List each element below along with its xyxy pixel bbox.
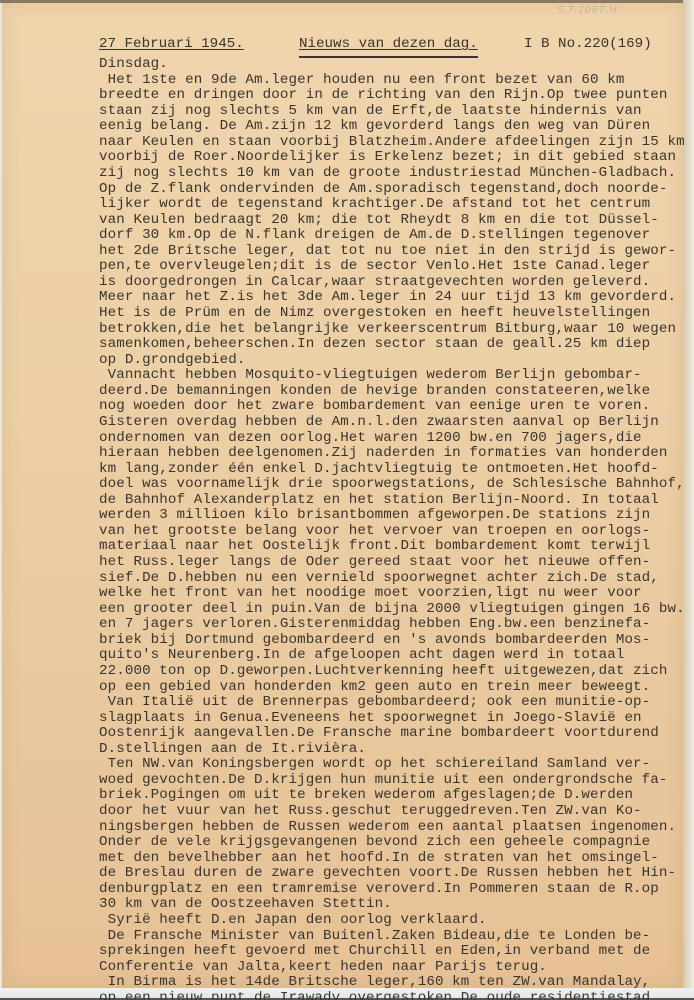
text-line: op D.grondgebied. [99,353,679,369]
text-line: Oostenrijk aangevallen.De Fransche marin… [99,726,679,742]
text-line: nog woeden door het zware bombardement v… [99,399,679,415]
text-line: dorf 30 km.Op de N.flank dreigen de Am.d… [99,228,679,244]
text-line: van Keulen bedraagt 20 km; die tot Rheyd… [99,213,679,229]
text-line: 22.000 ton op D.geworpen.Luchtverkenning… [99,664,679,680]
text-line: Meer naar het Z.is het 3de Am.leger in 2… [99,290,679,306]
text-line: het 2de Britsche leger, dat tot nu toe n… [99,244,679,260]
text-line: briek.Pogingen om uit te breken wederom … [99,788,679,804]
archive-stamp: S.7.1067.H [557,5,617,16]
day-line: Dinsdag. [99,57,679,73]
text-line: het Russ.leger langs de Oder gereed staa… [99,555,679,571]
header-reference: I B No.220(169) [524,36,652,52]
text-line: door het vuur van het Russ.geschut terug… [99,804,679,820]
header-title: Nieuws van dezen dag. [299,36,478,52]
text-line: staan zij nog slechts 5 km van de Erft,d… [99,104,679,120]
text-line: de Bahnhof Alexanderplatz en het station… [99,493,679,509]
text-line: D.stellingen aan de It.rivièra. [99,742,679,758]
text-line: Gisteren overdag hebben de Am.n.l.den zw… [99,415,679,431]
text-line: denburgplatz en een tramremise veroverd.… [99,882,679,898]
text-line: Vannacht hebben Mosquito-vliegtuigen wed… [99,368,679,384]
text-line: doel was voornamelijk drie spoorwegstati… [99,477,679,493]
text-line: deerd.De bemanningen konden de hevige br… [99,384,679,400]
text-line: hieraan hebben deelgenomen.Zij naderden … [99,446,679,462]
text-line: pen,te overvleugelen;dit is de sector Ve… [99,259,679,275]
text-line: eenig belang. De Am.zijn 12 km gevorderd… [99,119,679,135]
text-line: Ten NW.van Koningsbergen wordt op het sc… [99,757,679,773]
header-date: 27 Februari 1945. [99,36,244,52]
text-line: slagplaats in Genua.Eveneens het spoorwe… [99,711,679,727]
text-line: In Birma is het 14de Britsche leger,160 … [99,975,679,991]
text-line: briek bij Dortmund gebombardeerd en 's a… [99,633,679,649]
text-line: Syrië heeft D.en Japan den oorlog verkla… [99,913,679,929]
text-line: op een gebied van honderden km2 geen aut… [99,680,679,696]
text-line: samenkomen,beheerschen.In dezen sector s… [99,337,679,353]
text-line: 30 km van de Oostzeehaven Stettin. [99,897,679,913]
text-line: met den bevelhebber aan het hoofd.In de … [99,851,679,867]
text-line: sprekingen heeft gevoerd met Churchill e… [99,944,679,960]
text-line: is doorgedrongen in Calcar,waar straatge… [99,275,679,291]
document-header: 27 Februari 1945. Nieuws van dezen dag. … [99,36,669,54]
text-line: van het grootste belang voor het vervoer… [99,524,679,540]
text-line: Onder de vele krijgsgevangenen bevond zi… [99,835,679,851]
text-line: woed gevochten.De D.krijgen hun munitie … [99,773,679,789]
text-line: lijker wordt de tegenstand krachtiger.De… [99,197,679,213]
text-line: Het 1ste en 9de Am.leger houden nu een f… [99,73,679,89]
text-line: een grooter deel in puin.Van de bijna 20… [99,602,679,618]
text-line: op een nieuw punt de Irawady overgestoke… [99,991,679,1000]
text-line: ningsbergen hebben de Russen wederom een… [99,820,679,836]
text-line: welke het front van het noodige moet voo… [99,586,679,602]
text-line: Op de Z.flank ondervinden de Am.sporadis… [99,182,679,198]
text-line: Het is de Prüm en de Nimz overgestoken e… [99,306,679,322]
document-body: Dinsdag. Het 1ste en 9de Am.leger houden… [99,57,679,1000]
text-line: de Breslau duren de zware gevechten voor… [99,866,679,882]
text-line: en 7 jagers verloren.Gisterenmiddag hebb… [99,617,679,633]
text-line: zij nog slechts 10 km van de groote indu… [99,166,679,182]
text-line: ondernomen van dezen oorlog.Het waren 12… [99,431,679,447]
text-line: Conferentie van Jalta,keert heden naar P… [99,960,679,976]
text-line: breedte en dringen door in de richting v… [99,88,679,104]
text-line: materiaal naar het Oostelijk front.Dit b… [99,539,679,555]
text-line: Van Italië uit de Brennerpas gebombardee… [99,695,679,711]
text-line: km lang,zonder één enkel D.jachtvliegtui… [99,462,679,478]
text-line: sief.De D.hebben nu een vernield spoorwe… [99,571,679,587]
text-line: naar Keulen en staan voorbij Blatzheim.A… [99,135,679,151]
text-line: De Fransche Minister van Buitenl.Zaken B… [99,929,679,945]
text-line: quito's Neurenberg.In de afgeloopen acht… [99,648,679,664]
text-line: voorbij de Roer.Noordelijker is Erkelenz… [99,150,679,166]
text-line: betrokken,die het belangrijke verkeersce… [99,322,679,338]
text-line: werden 3 millioen kilo brisantbommen afg… [99,508,679,524]
